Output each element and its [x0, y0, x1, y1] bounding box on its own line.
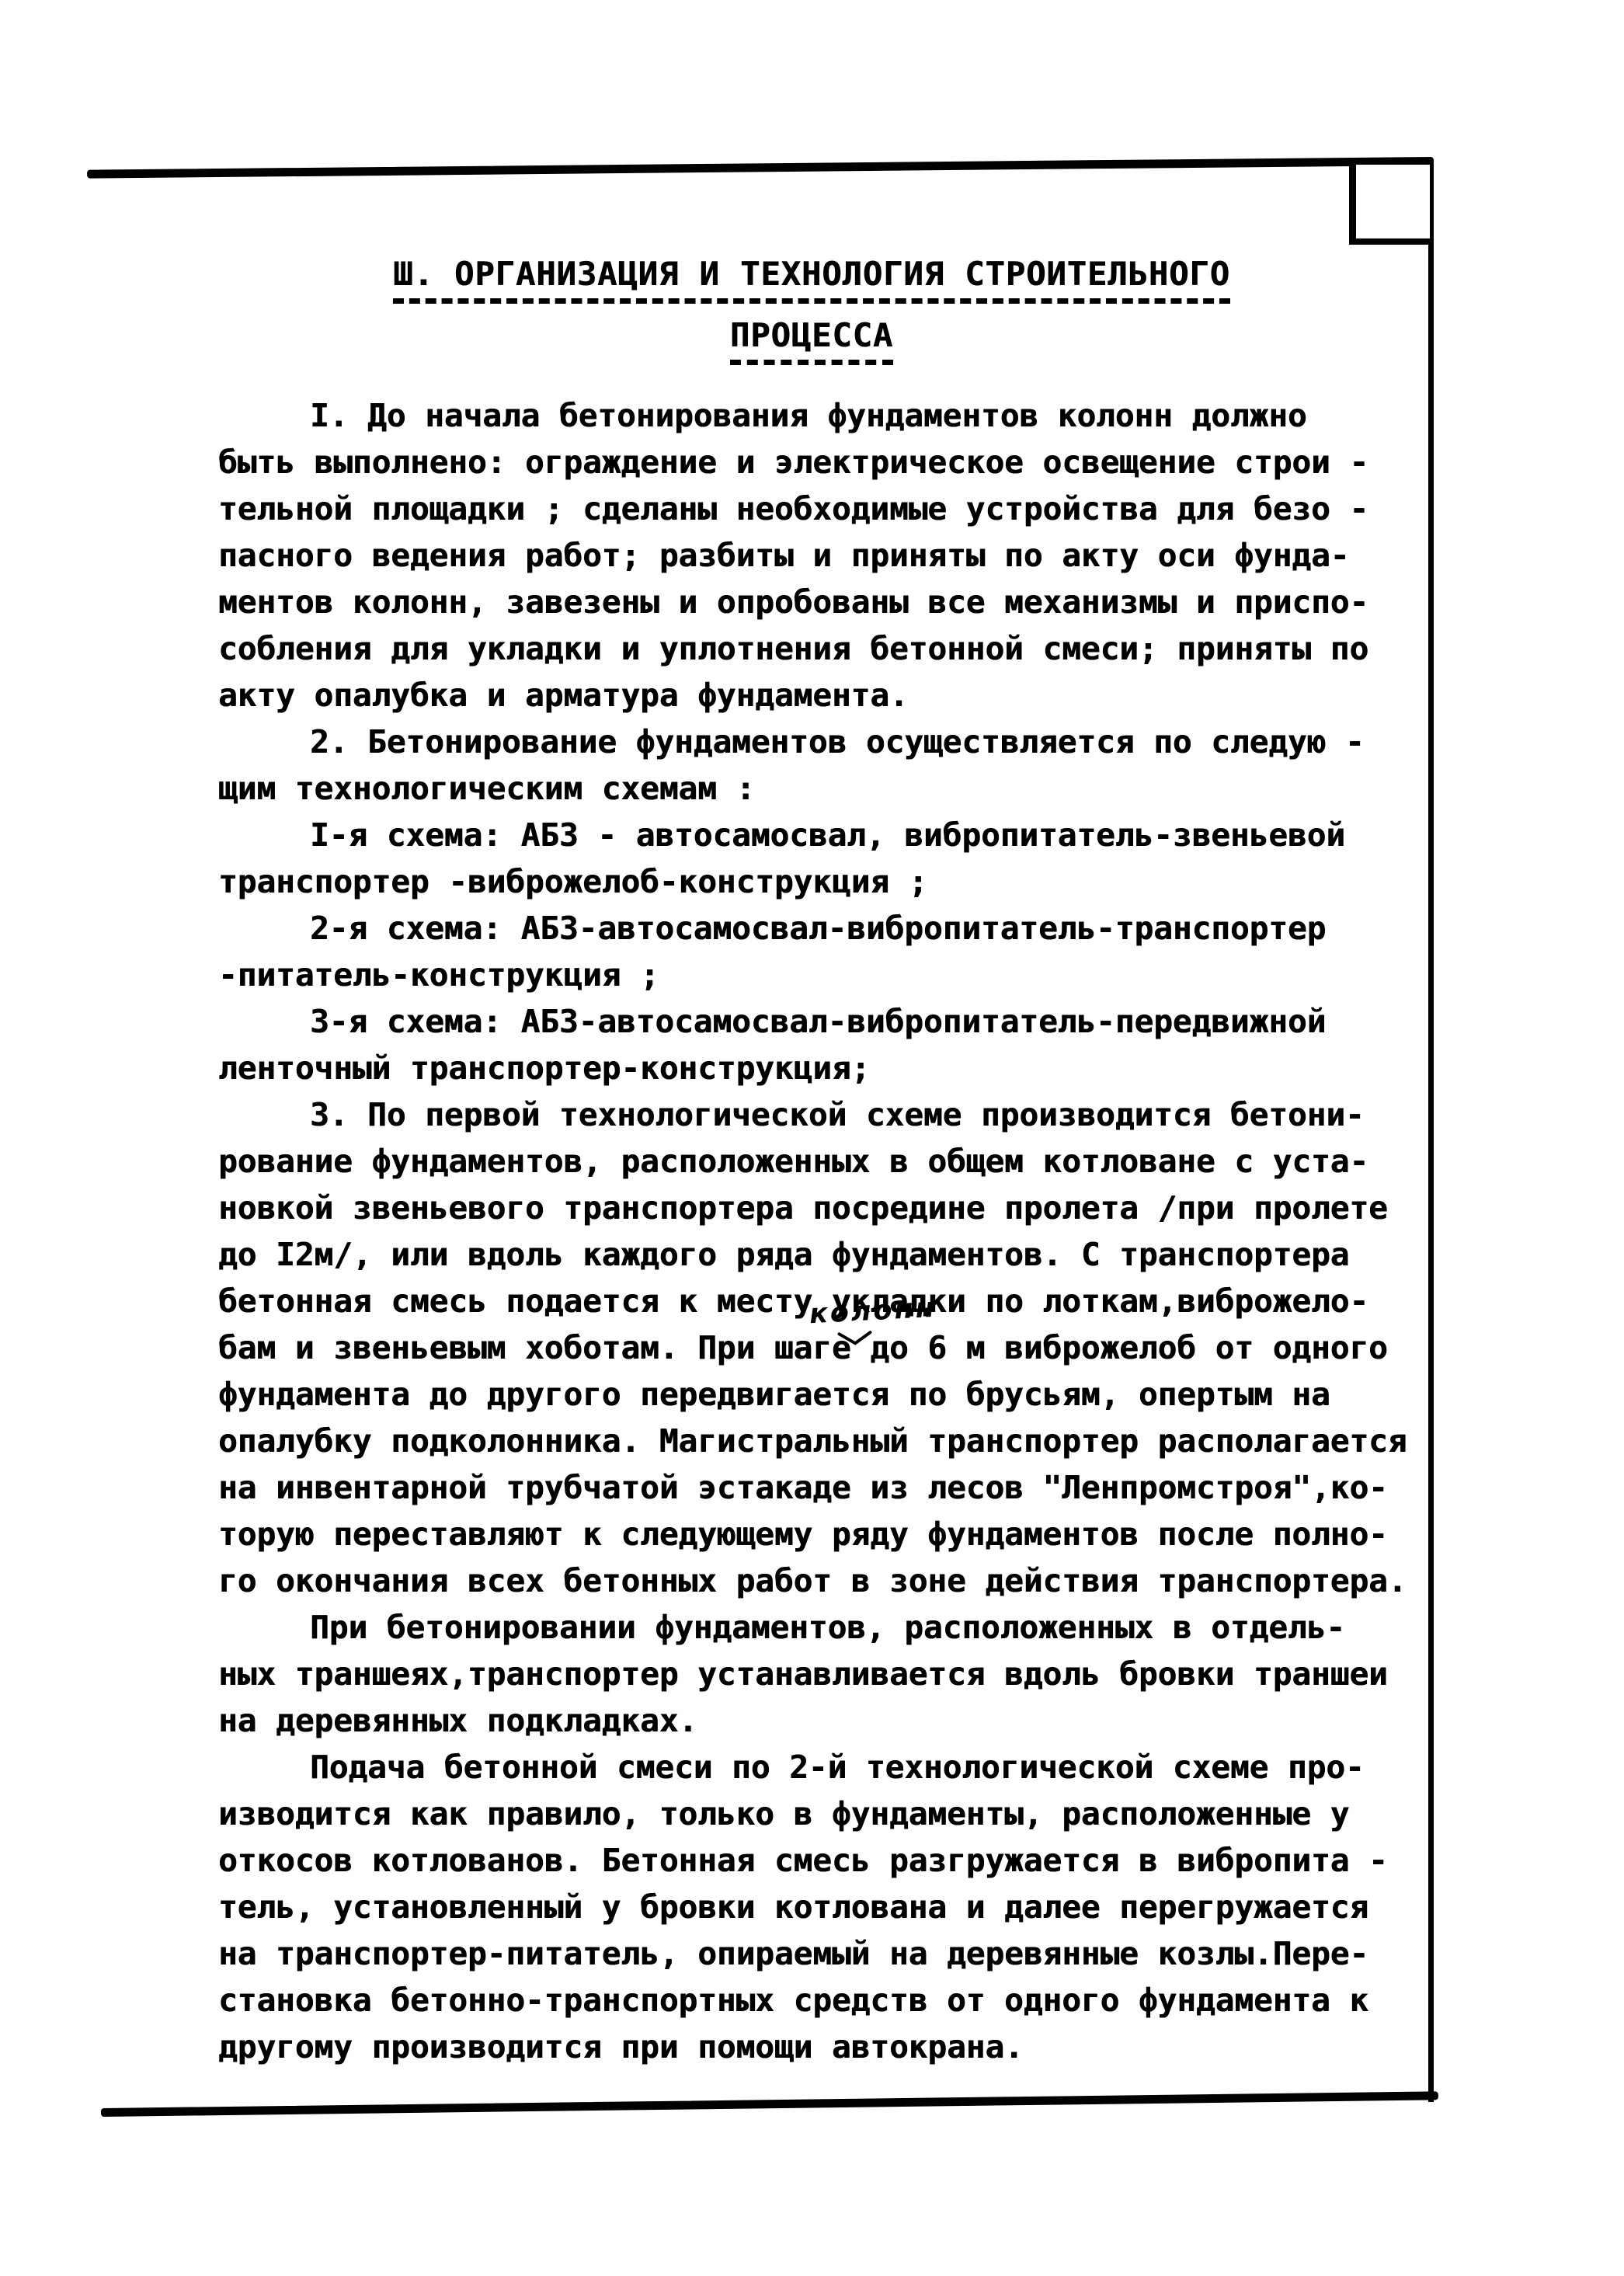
text-line: 3. По первой технологической схеме произ… [218, 1091, 1438, 1138]
frame-corner-box [1349, 165, 1430, 245]
text-line: 3-я схема: АБЗ-автосамосвал-вибропитател… [218, 998, 1438, 1045]
text-line: 2-я схема: АБЗ-автосамосвал-вибропитател… [218, 905, 1438, 952]
section-heading: Ш. ОРГАНИЗАЦИЯ И ТЕХНОЛОГИЯ СТРОИТЕЛЬНОГ… [217, 255, 1406, 378]
text-line: ментов колонн, завезены и опробованы все… [218, 579, 1438, 625]
text-line: ных траншеях,транспортер устанавливается… [218, 1651, 1438, 1697]
text-line: тель, установленный у бровки котлована и… [218, 1884, 1438, 1930]
text-line: быть выполнено: ограждение и электрическ… [218, 439, 1438, 485]
text-line: рование фундаментов, расположенных в общ… [218, 1138, 1438, 1185]
text-line: на инвентарной трубчатой эстакаде из лес… [218, 1464, 1438, 1511]
text-line: транспортер -виброжелоб-конструкция ; [218, 858, 1438, 905]
text-line: до I2м/, или вдоль каждого ряда фундамен… [218, 1231, 1438, 1278]
text-line: новкой звеньевого транспортера посредине… [218, 1185, 1438, 1231]
text-line: акту опалубка и арматура фундамента. [218, 672, 1438, 719]
text-line: другому производится при помощи автокран… [218, 2024, 1438, 2070]
text-line: -питатель-конструкция ; [218, 952, 1438, 998]
text-line: I. До начала бетонирования фундаментов к… [218, 392, 1438, 439]
body-text: I. До начала бетонирования фундаментов к… [218, 392, 1438, 2070]
text-line: торую переставляют к следующему ряду фун… [218, 1511, 1438, 1557]
text-line: фундамента до другого передвигается по б… [218, 1371, 1438, 1418]
text-line: опалубку подколонника. Магистральный тра… [218, 1418, 1438, 1464]
insertion-caret-icon [836, 1330, 873, 1347]
text-line: собления для укладки и уплотнения бетонн… [218, 625, 1438, 672]
text-line: откосов котлованов. Бетонная смесь разгр… [218, 1837, 1438, 1884]
text-line: ленточный транспортер-конструкция; [218, 1045, 1438, 1091]
frame-top-rule [87, 157, 1434, 179]
section-heading-row: ПРОЦЕССА [217, 316, 1406, 365]
document-page: Ш. ОРГАНИЗАЦИЯ И ТЕХНОЛОГИЯ СТРОИТЕЛЬНОГ… [0, 0, 1624, 2276]
handwritten-word: колонн [809, 1293, 937, 1331]
text-line: 2. Бетонирование фундаментов осуществляе… [218, 719, 1438, 765]
text-line: щим технологическим схемам : [218, 765, 1438, 812]
handwritten-insertion: колонн [809, 1293, 937, 1331]
text-line: пасного ведения работ; разбиты и приняты… [218, 532, 1438, 579]
frame-bottom-rule [101, 2091, 1438, 2117]
text-line: на транспортер-питатель, опираемый на де… [218, 1930, 1438, 1977]
section-heading-line2: ПРОЦЕССА [730, 316, 893, 365]
text-line: Подача бетонной смеси по 2-й технологиче… [218, 1744, 1438, 1791]
text-line: I-я схема: АБЗ - автосамосвал, вибропита… [218, 812, 1438, 858]
text-line: При бетонировании фундаментов, расположе… [218, 1604, 1438, 1651]
text-line: тельной площадки ; сделаны необходимые у… [218, 485, 1438, 532]
text-line: бам и звеньевым хоботам. При шаге до 6 м… [218, 1324, 1438, 1371]
section-heading-row: Ш. ОРГАНИЗАЦИЯ И ТЕХНОЛОГИЯ СТРОИТЕЛЬНОГ… [217, 255, 1406, 304]
text-line: на деревянных подкладках. [218, 1697, 1438, 1744]
section-heading-line1: Ш. ОРГАНИЗАЦИЯ И ТЕХНОЛОГИЯ СТРОИТЕЛЬНОГ… [393, 255, 1230, 304]
text-line: го окончания всех бетонных работ в зоне … [218, 1557, 1438, 1604]
text-line: изводится как правило, только в фундамен… [218, 1791, 1438, 1837]
text-line: становка бетонно-транспортных средств от… [218, 1977, 1438, 2024]
